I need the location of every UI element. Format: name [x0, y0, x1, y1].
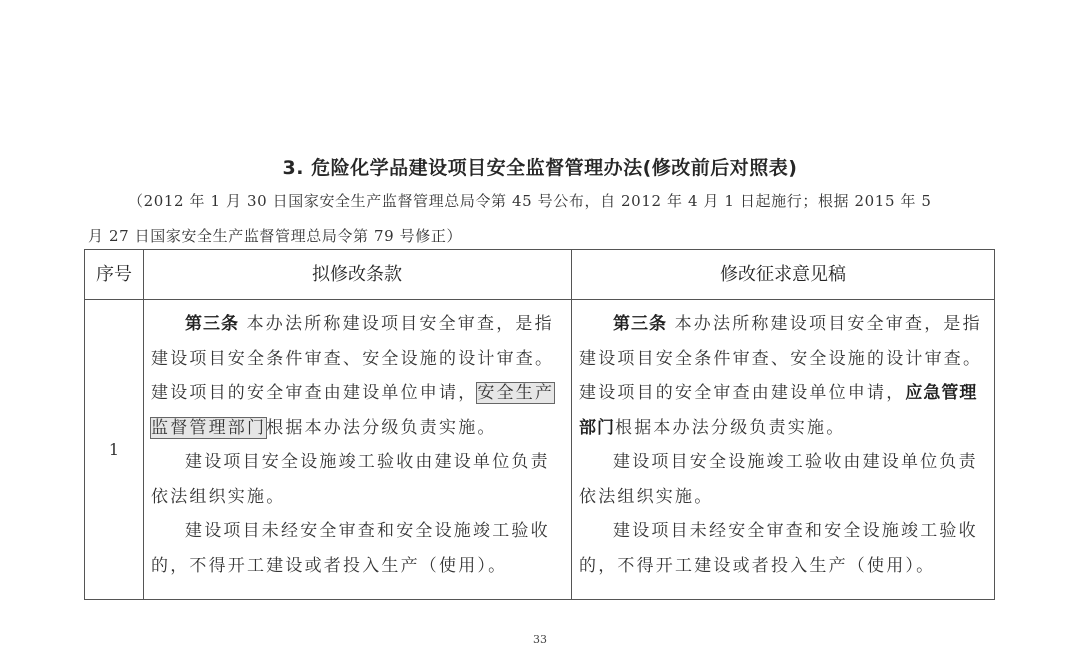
document-title: 3. 危险化学品建设项目安全监督管理办法(修改前后对照表) [0, 153, 1080, 180]
column-divider [571, 250, 572, 599]
document-subtitle-line1: （2012 年 1 月 30 日国家安全生产监督管理总局令第 45 号公布，自 … [128, 190, 1028, 211]
article-label: 第三条 [613, 314, 667, 334]
original-clause-cell: 第三条 本办法所称建设项目安全审查，是指建设项目安全条件审查、安全设施的设计审查… [151, 307, 567, 583]
revised-clause-paragraph-1: 第三条 本办法所称建设项目安全审查，是指建设项目安全条件审查、安全设施的设计审查… [579, 307, 991, 445]
row-serial-number: 1 [85, 299, 143, 599]
revised-clause-cell: 第三条 本办法所称建设项目安全审查，是指建设项目安全条件审查、安全设施的设计审查… [579, 307, 991, 583]
clause-text: 根据本办法分级负责实施。 [266, 418, 496, 438]
column-divider [143, 250, 144, 599]
header-serial-number: 序号 [85, 250, 143, 299]
original-clause-paragraph-3: 建设项目未经安全审查和安全设施竣工验收的，不得开工建设或者投入生产（使用）。 [151, 514, 567, 583]
article-label: 第三条 [185, 314, 239, 334]
original-clause-paragraph-2: 建设项目安全设施竣工验收由建设单位负责依法组织实施。 [151, 445, 567, 514]
original-clause-paragraph-1: 第三条 本办法所称建设项目安全审查，是指建设项目安全条件审查、安全设施的设计审查… [151, 307, 567, 445]
header-proposed-clauses: 拟修改条款 [143, 250, 571, 299]
clause-text: 根据本办法分级负责实施。 [615, 418, 845, 438]
document-subtitle-line2: 月 27 日国家安全生产监督管理总局令第 79 号修正） [88, 225, 988, 246]
comparison-table: 序号 拟修改条款 修改征求意见稿 1 第三条 本办法所称建设项目安全审查，是指建… [84, 249, 995, 600]
page-number: 33 [0, 633, 1080, 646]
revised-clause-paragraph-3: 建设项目未经安全审查和安全设施竣工验收的，不得开工建设或者投入生产（使用）。 [579, 514, 991, 583]
revised-clause-paragraph-2: 建设项目安全设施竣工验收由建设单位负责依法组织实施。 [579, 445, 991, 514]
header-draft-for-comment: 修改征求意见稿 [571, 250, 995, 299]
